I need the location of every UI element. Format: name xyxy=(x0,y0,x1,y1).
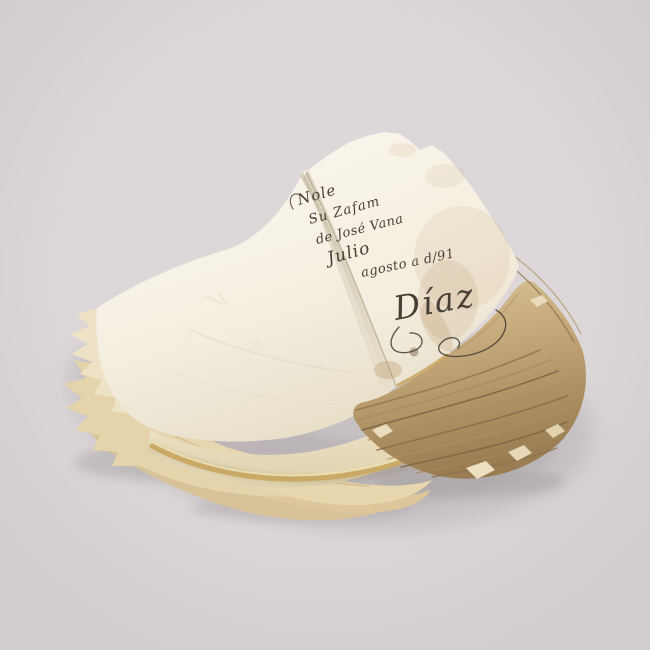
photograph: Nole Su Zafam de José Vana Julio agosto … xyxy=(0,0,650,650)
notebook-photo-canvas: Nole Su Zafam de José Vana Julio agosto … xyxy=(0,0,650,650)
